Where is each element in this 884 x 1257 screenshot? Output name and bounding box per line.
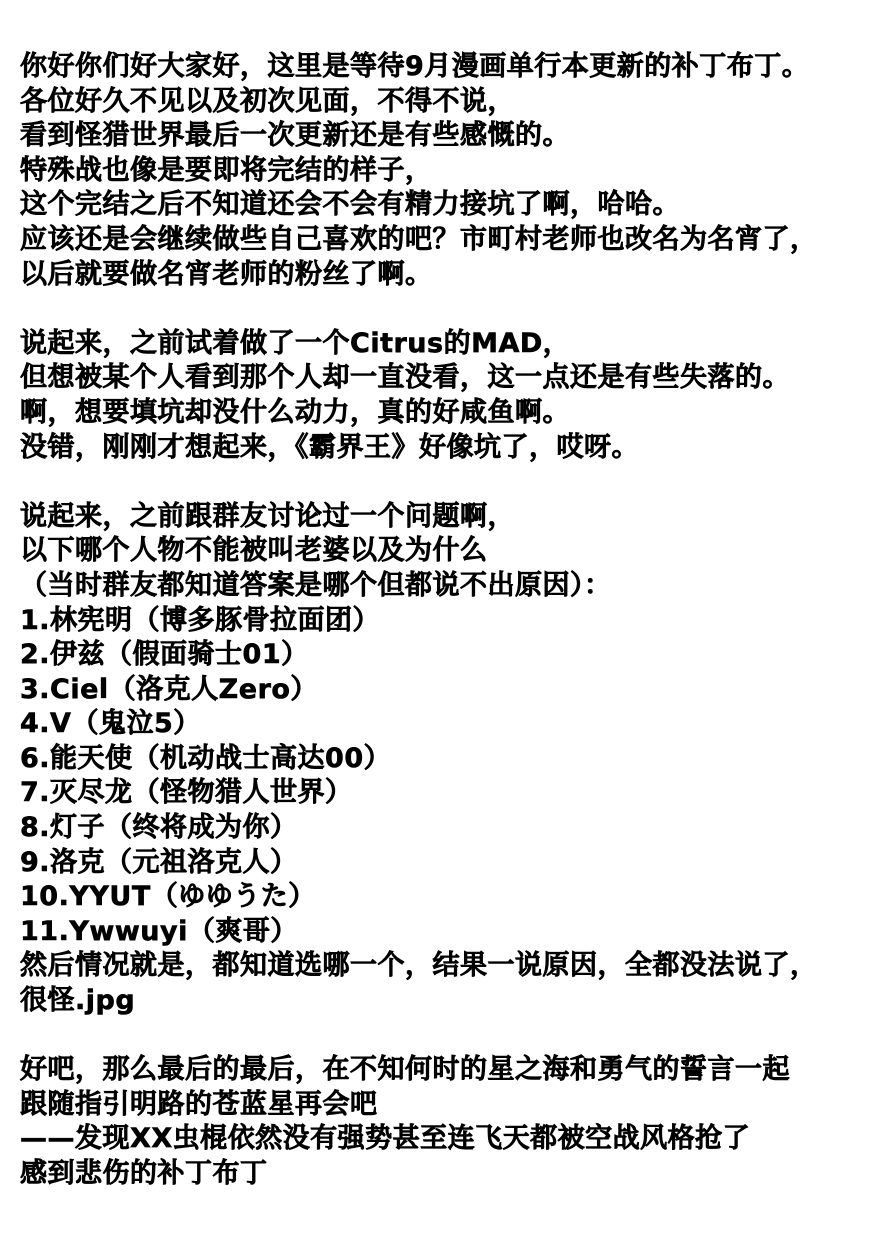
signature: 感到悲伤的补丁布丁 bbox=[20, 1157, 880, 1192]
text-line: 特殊战也像是要即将完结的样子， bbox=[20, 154, 880, 189]
text-line: 好吧，那么最后的最后，在不知何时的星之海和勇气的誓言一起 bbox=[20, 1053, 880, 1088]
text-line: 这个完结之后不知道还会不会有精力接坑了啊，哈哈。 bbox=[20, 188, 880, 223]
list-item: 9.洛克（元祖洛克人） bbox=[20, 846, 880, 881]
text-line: ——发现XX虫棍依然没有强势甚至连飞天都被空战风格抢了 bbox=[20, 1122, 880, 1157]
text-line: 啊，想要填坑却没什么动力，真的好咸鱼啊。 bbox=[20, 396, 880, 431]
text-line: 应该还是会继续做些自己喜欢的吧？市町村老师也改名为名宵了， bbox=[20, 223, 880, 258]
text-line: 但想被某个人看到那个人却一直没看，这一点还是有些失落的。 bbox=[20, 361, 880, 396]
list-item: 11.Ywwuyi（爽哥） bbox=[20, 915, 880, 950]
list-item: 1.林宪明（博多豚骨拉面团） bbox=[20, 604, 880, 639]
paragraph-mad: 说起来，之前试着做了一个Citrus的MAD， 但想被某个人看到那个人却一直没看… bbox=[20, 327, 880, 465]
text-line: 各位好久不见以及初次见面，不得不说， bbox=[20, 85, 880, 120]
list-item: 6.能天使（机动战士高达00） bbox=[20, 742, 880, 777]
text-line: 看到怪猎世界最后一次更新还是有些感慨的。 bbox=[20, 119, 880, 154]
text-line: 以下哪个人物不能被叫老婆以及为什么 bbox=[20, 534, 880, 569]
paragraph-question: 说起来，之前跟群友讨论过一个问题啊， 以下哪个人物不能被叫老婆以及为什么 （当时… bbox=[20, 500, 880, 1019]
text-line: 很怪.jpg bbox=[20, 984, 880, 1019]
list-item: 7.灭尽龙（怪物猎人世界） bbox=[20, 776, 880, 811]
document-page: 你好你们好大家好，这里是等待9月漫画单行本更新的补丁布丁。 各位好久不见以及初次… bbox=[20, 50, 880, 1192]
list-item: 8.灯子（终将成为你） bbox=[20, 811, 880, 846]
paragraph-spacer bbox=[20, 465, 880, 500]
text-line: 你好你们好大家好，这里是等待9月漫画单行本更新的补丁布丁。 bbox=[20, 50, 880, 85]
text-line: 跟随指引明路的苍蓝星再会吧 bbox=[20, 1088, 880, 1123]
paragraph-greeting: 你好你们好大家好，这里是等待9月漫画单行本更新的补丁布丁。 各位好久不见以及初次… bbox=[20, 50, 880, 292]
paragraph-farewell: 好吧，那么最后的最后，在不知何时的星之海和勇气的誓言一起 跟随指引明路的苍蓝星再… bbox=[20, 1053, 880, 1191]
list-item: 4.V（鬼泣5） bbox=[20, 707, 880, 742]
list-item: 2.伊兹（假面骑士01） bbox=[20, 638, 880, 673]
text-line: 然后情况就是，都知道选哪一个，结果一说原因，全都没法说了， bbox=[20, 949, 880, 984]
text-line: （当时群友都知道答案是哪个但都说不出原因）： bbox=[20, 569, 880, 604]
text-line: 没错，刚刚才想起来，《霸界王》好像坑了，哎呀。 bbox=[20, 431, 880, 466]
text-line: 说起来，之前跟群友讨论过一个问题啊， bbox=[20, 500, 880, 535]
text-line: 说起来，之前试着做了一个Citrus的MAD， bbox=[20, 327, 880, 362]
paragraph-spacer bbox=[20, 292, 880, 327]
list-item: 10.YYUT（ゆゆうた） bbox=[20, 880, 880, 915]
paragraph-spacer bbox=[20, 1019, 880, 1054]
list-item: 3.Ciel（洛克人Zero） bbox=[20, 673, 880, 708]
text-line: 以后就要做名宵老师的粉丝了啊。 bbox=[20, 258, 880, 293]
